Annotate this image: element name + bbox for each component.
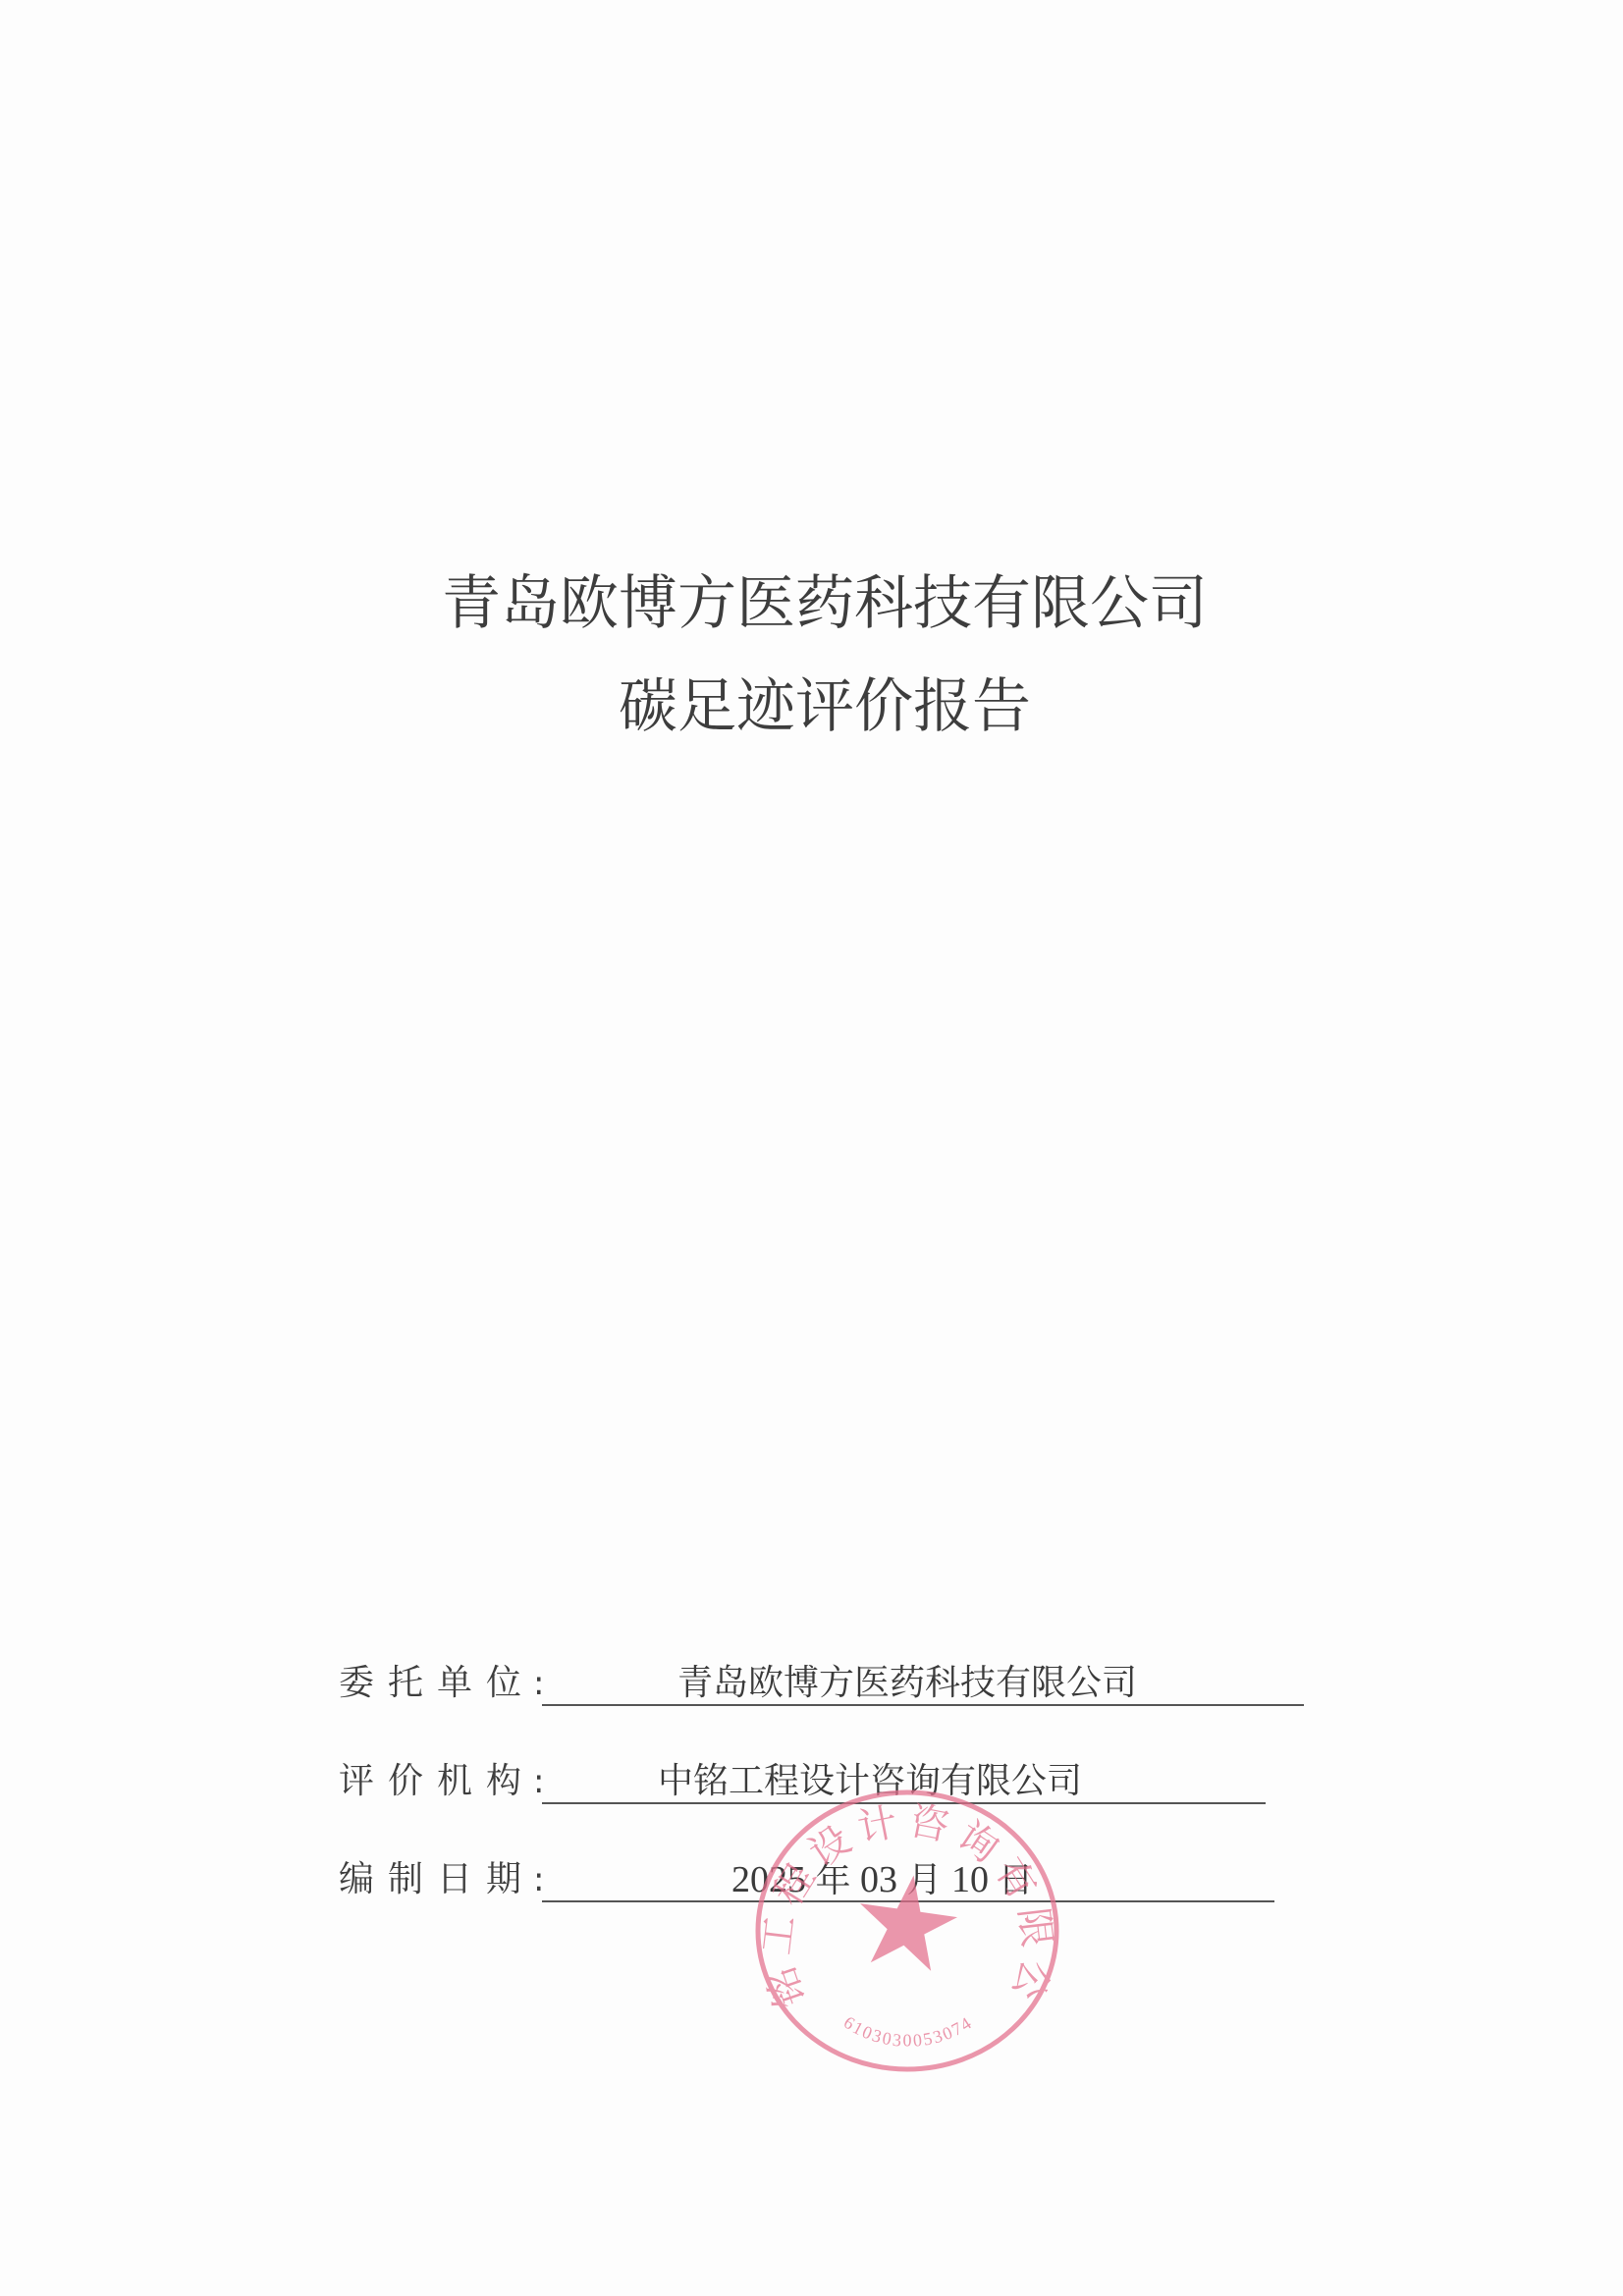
report-cover-page: 青岛欧博方医药科技有限公司 碳足迹评价报告 委托单位 : 青岛欧博方医药科技有限… [0,0,1623,2296]
date-day: 10 [951,1859,989,1900]
date-month: 03 [860,1859,897,1900]
field-value-client: 青岛欧博方医药科技有限公司 [677,1664,1137,1703]
report-title-type: 碳足迹评价报告 [0,677,1623,736]
date-year: 2025 [731,1859,806,1900]
field-colon: : [533,1762,544,1801]
field-value-date: 2025 年 03 月 10 日 [731,1860,1034,1900]
seal-code: 6103030053074 [840,2012,977,2051]
svg-text:6103030053074: 6103030053074 [840,2012,977,2051]
field-colon: : [533,1664,544,1703]
field-underline [542,1900,1274,1902]
official-seal-stamp: 中铭工程设计咨询有限公司 6103030053074 [754,1789,1060,2073]
field-label-assessor: 评价机构 [339,1762,535,1801]
field-colon: : [533,1860,544,1899]
field-underline [542,1802,1266,1804]
report-title-company: 青岛欧博方医药科技有限公司 [0,574,1623,633]
field-underline [542,1704,1304,1706]
date-day-unit: 日 [999,1860,1034,1900]
date-month-unit: 月 [907,1860,943,1900]
date-year-unit: 年 [816,1860,851,1900]
field-label-client: 委托单位 [339,1664,535,1703]
field-label-date: 编制日期 [339,1860,535,1899]
field-value-assessor: 中铭工程设计咨询有限公司 [658,1762,1082,1801]
